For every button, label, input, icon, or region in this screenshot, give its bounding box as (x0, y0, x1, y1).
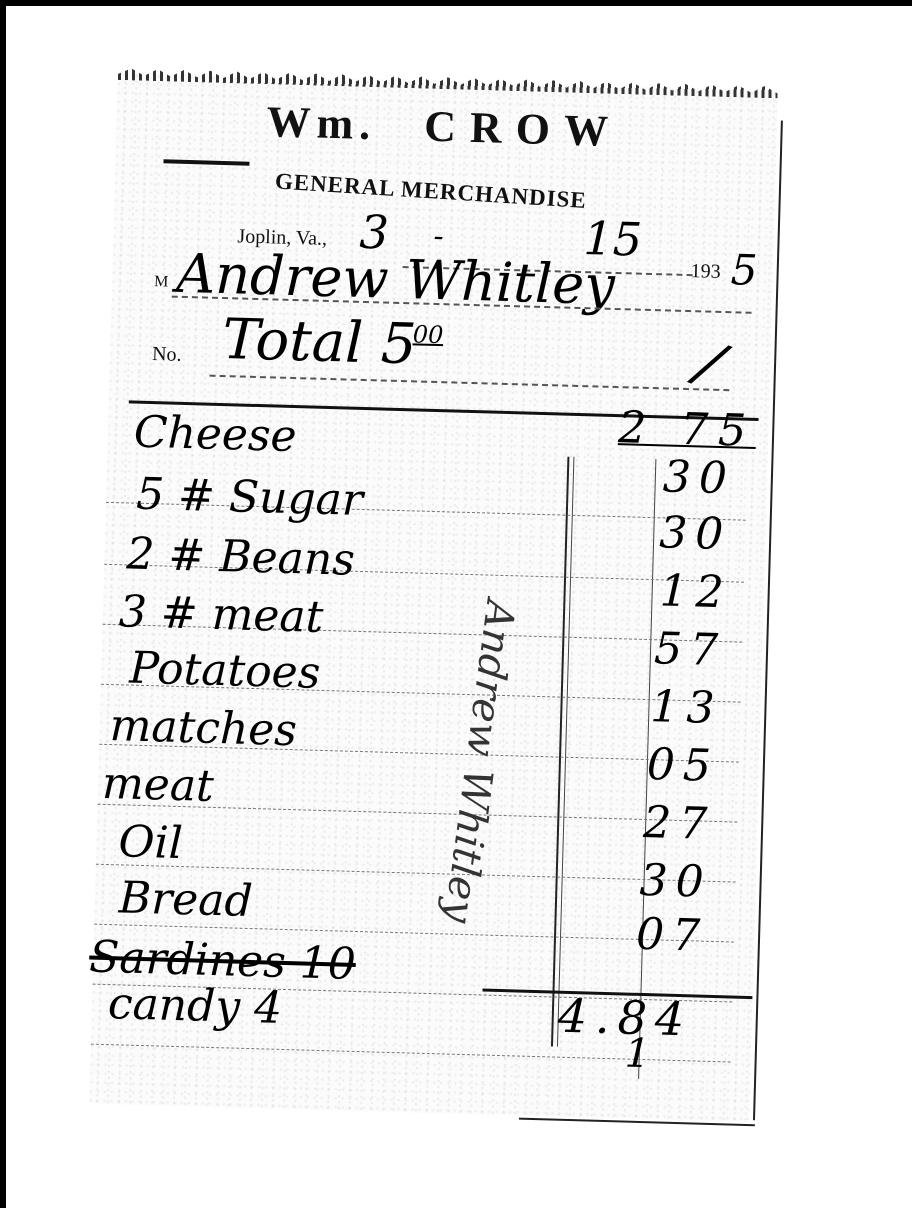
line-item-amount: 27 (643, 797, 716, 850)
no-label: No. (152, 343, 182, 367)
total-note-cents: 00 (412, 320, 443, 349)
receipt-bottom-edge (519, 1118, 755, 1127)
line-item-amount: 30 (662, 451, 735, 504)
line-item-description: Potatoes (129, 643, 321, 699)
line-item-description: 2 # Beans (126, 528, 356, 585)
number-line (210, 375, 730, 392)
store-last-name: CROW (424, 102, 623, 157)
receipt-right-edge (753, 121, 783, 1121)
line-item-description: candy 4 (107, 978, 283, 1034)
line-item-amount: 13 (650, 681, 723, 734)
store-first-name: Wm. (266, 97, 377, 149)
line-item-amount: 57 (653, 623, 726, 676)
total-note: Total 5 (222, 307, 418, 377)
line-item-description: meat (101, 758, 214, 812)
mr-label: M (154, 273, 169, 291)
store-name: Wm.CROW (266, 96, 623, 157)
year-prefix: 193 (690, 260, 721, 284)
line-item-description: 3 # meat (118, 586, 324, 643)
line-item-amount: 30 (659, 507, 732, 560)
line-item-description: Bread (118, 872, 253, 927)
receipt-total-extra: 1 (624, 1031, 651, 1078)
line-item-description: Oil (118, 816, 184, 869)
line-item-amount: 07 (635, 909, 708, 962)
store-subtitle: GENERAL MERCHANDISE (274, 168, 587, 214)
year-suffix: 5 (730, 245, 758, 295)
scan-border-top (0, 0, 912, 6)
line-item-description: matches (109, 700, 298, 756)
line-item-amount: 30 (639, 855, 712, 908)
line-item-description: Cheese (133, 407, 297, 463)
perforated-top-edge (118, 68, 778, 98)
balance-forward: 2 75 (618, 402, 757, 457)
header-dash (163, 159, 249, 165)
line-item-amount: 12 (659, 565, 732, 618)
line-item-amount: 05 (646, 739, 719, 792)
receipt-slip: Wm.CROW GENERAL MERCHANDISE Joplin, Va.,… (89, 72, 778, 1122)
scan-border-left (0, 0, 6, 1208)
line-item-description: 5 # Sugar (136, 469, 364, 526)
